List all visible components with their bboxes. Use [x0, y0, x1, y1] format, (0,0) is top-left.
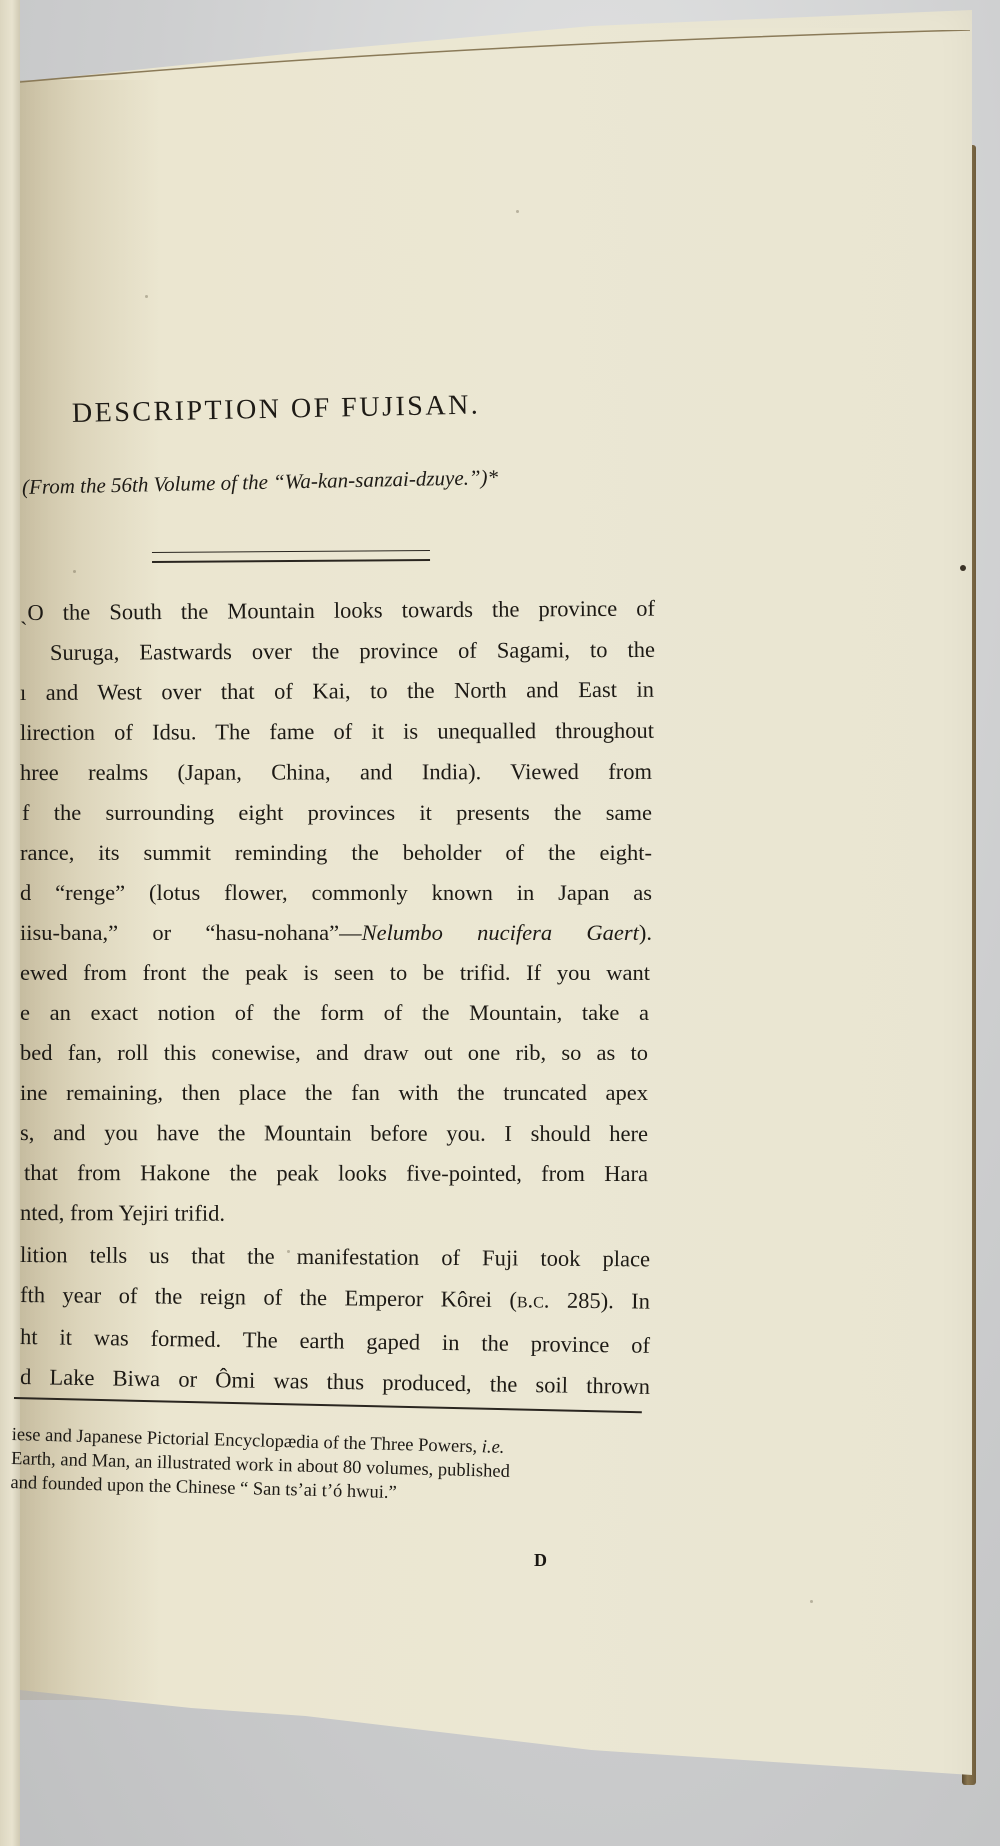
body-line: bed fan, roll this conewise, and draw ou… [20, 1040, 648, 1074]
body-line: that from Hakone the peak looks five-poi… [24, 1160, 648, 1195]
paper-speck [287, 1250, 290, 1253]
body-line: d “renge” (lotus flower, commonly known … [20, 880, 652, 914]
body-line: lition tells us that the manifestation o… [20, 1242, 650, 1280]
body-line: ˎO the South the Mountain looks towards … [20, 596, 655, 634]
page-content: DESCRIPTION OF FUJISAN. (From the 56th V… [0, 0, 1000, 1846]
double-rule-divider [152, 550, 430, 563]
footnote: iese and Japanese Pictorial Encyclopædia… [10, 1425, 652, 1514]
paper-speck [810, 1600, 813, 1603]
body-line: e an exact notion of the form of the Mou… [20, 1000, 649, 1034]
paper-speck [145, 295, 148, 298]
body-line: d Lake Biwa or Ômi was thus produced, th… [20, 1364, 650, 1408]
body-line: lirection of Idsu. The fame of it is une… [20, 718, 654, 754]
paper-speck [73, 570, 76, 573]
body-line: ine remaining, then place the fan with t… [20, 1080, 648, 1114]
body-line: ht it was formed. The earth gaped in the… [20, 1324, 650, 1367]
paper-speck [960, 565, 966, 571]
page-subtitle: (From the 56th Volume of the “Wa-kan-san… [22, 465, 499, 500]
body-line: fth year of the reign of the Emperor Kôr… [20, 1282, 650, 1323]
body-line: s, and you have the Mountain before you.… [20, 1120, 648, 1155]
body-line: iisu-bana,” or “hasu-nohana”—Nelumbo nuc… [20, 920, 652, 954]
body-line: rance, its summit reminding the beholder… [20, 840, 652, 874]
body-line: ewed from front the peak is seen to be t… [20, 960, 650, 994]
paper-speck [516, 210, 519, 213]
body-line: Suruga, Eastwards over the province of S… [50, 637, 655, 674]
body-line: nted, from Yejiri trifid. [20, 1200, 225, 1235]
page-title: DESCRIPTION OF FUJISAN. [72, 389, 481, 430]
body-line: hree realms (Japan, China, and India). V… [20, 759, 652, 794]
signature-mark: D [534, 1550, 547, 1571]
body-line: f the surrounding eight provinces it pre… [22, 800, 652, 834]
body-line: ı and West over that of Kai, to the Nort… [20, 677, 654, 714]
